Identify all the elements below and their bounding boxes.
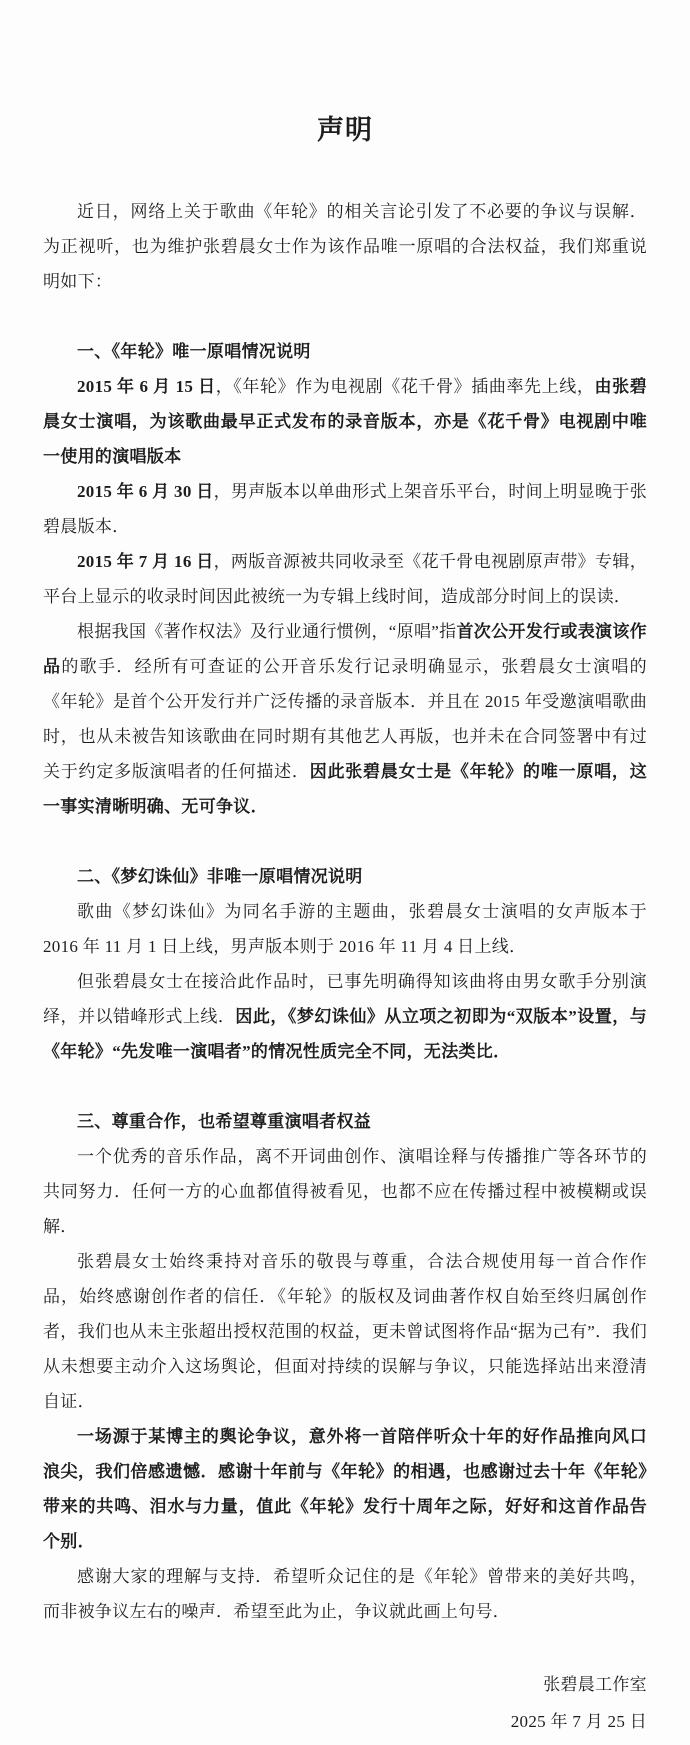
page-title: 声明 bbox=[43, 112, 647, 148]
text-run: 感谢大家的理解与支持．希望听众记住的是《年轮》曾带来的美好共鸣，而非被争议左右的… bbox=[43, 1567, 647, 1621]
section-1-paragraph-1: 2015 年 6 月 15 日，《年轮》作为电视剧《花千骨》插曲率先上线，由张碧… bbox=[43, 369, 647, 474]
section-3-paragraph-3: 一场源于某博主的舆论争议，意外将一首陪伴听众十年的好作品推向风口浪尖，我们倍感遗… bbox=[43, 1419, 647, 1559]
section-1-paragraph-3: 2015 年 7 月 16 日，两版音源被共同收录至《花千骨电视剧原声带》专辑，… bbox=[43, 544, 647, 614]
section-2-paragraph-1: 歌曲《梦幻诛仙》为同名手游的主题曲，张碧晨女士演唱的女声版本于 2016 年 1… bbox=[43, 894, 647, 964]
text-run: ，《年轮》作为电视剧《花千骨》插曲率先上线， bbox=[216, 377, 595, 396]
signature-block: 张碧晨工作室 2025 年 7 月 25 日 bbox=[43, 1666, 647, 1740]
section-1-paragraph-4: 根据我国《著作权法》及行业通行惯例，“原唱”指首次公开发行或表演该作品的歌手．经… bbox=[43, 614, 647, 824]
text-run-date: 2015 年 6 月 15 日 bbox=[77, 377, 216, 396]
section-3-paragraph-4: 感谢大家的理解与支持．希望听众记住的是《年轮》曾带来的美好共鸣，而非被争议左右的… bbox=[43, 1559, 647, 1629]
section-1-heading: 一、《年轮》唯一原唱情况说明 bbox=[43, 334, 647, 369]
signature: 张碧晨工作室 bbox=[43, 1666, 647, 1703]
text-run: 根据我国《著作权法》及行业通行惯例，“原唱”指 bbox=[77, 622, 456, 641]
text-run: 歌曲《梦幻诛仙》为同名手游的主题曲，张碧晨女士演唱的女声版本于 2016 年 1… bbox=[43, 902, 647, 956]
intro-paragraph: 近日，网络上关于歌曲《年轮》的相关言论引发了不必要的争议与误解．为正视听，也为维… bbox=[43, 194, 647, 299]
text-run: 一个优秀的音乐作品，离不开词曲创作、演唱诠释与传播推广等各环节的共同努力．任何一… bbox=[43, 1147, 647, 1236]
text-run: 近日，网络上关于歌曲《年轮》的相关言论引发了不必要的争议与误解．为正视听，也为维… bbox=[43, 202, 647, 291]
text-run-date: 2015 年 6 月 30 日 bbox=[77, 482, 214, 501]
text-run-emphasis: 一场源于某博主的舆论争议，意外将一首陪伴听众十年的好作品推向风口浪尖，我们倍感遗… bbox=[43, 1427, 647, 1551]
section-3-paragraph-1: 一个优秀的音乐作品，离不开词曲创作、演唱诠释与传播推广等各环节的共同努力．任何一… bbox=[43, 1139, 647, 1244]
text-run-date: 2015 年 7 月 16 日 bbox=[77, 552, 214, 571]
text-run: 张碧晨女士始终秉持对音乐的敬畏与尊重，合法合规使用每一首合作作品，始终感谢创作者… bbox=[43, 1252, 647, 1411]
section-3-paragraph-2: 张碧晨女士始终秉持对音乐的敬畏与尊重，合法合规使用每一首合作作品，始终感谢创作者… bbox=[43, 1244, 647, 1419]
section-2-paragraph-2: 但张碧晨女士在接洽此作品时，已事先明确得知该曲将由男女歌手分别演绎，并以错峰形式… bbox=[43, 964, 647, 1069]
section-1-paragraph-2: 2015 年 6 月 30 日，男声版本以单曲形式上架音乐平台，时间上明显晚于张… bbox=[43, 474, 647, 544]
section-3-heading: 三、尊重合作，也希望尊重演唱者权益 bbox=[43, 1104, 647, 1139]
statement-date: 2025 年 7 月 25 日 bbox=[43, 1703, 647, 1740]
section-2-heading: 二、《梦幻诛仙》非唯一原唱情况说明 bbox=[43, 859, 647, 894]
statement-document: 声明 近日，网络上关于歌曲《年轮》的相关言论引发了不必要的争议与误解．为正视听，… bbox=[0, 0, 690, 1745]
